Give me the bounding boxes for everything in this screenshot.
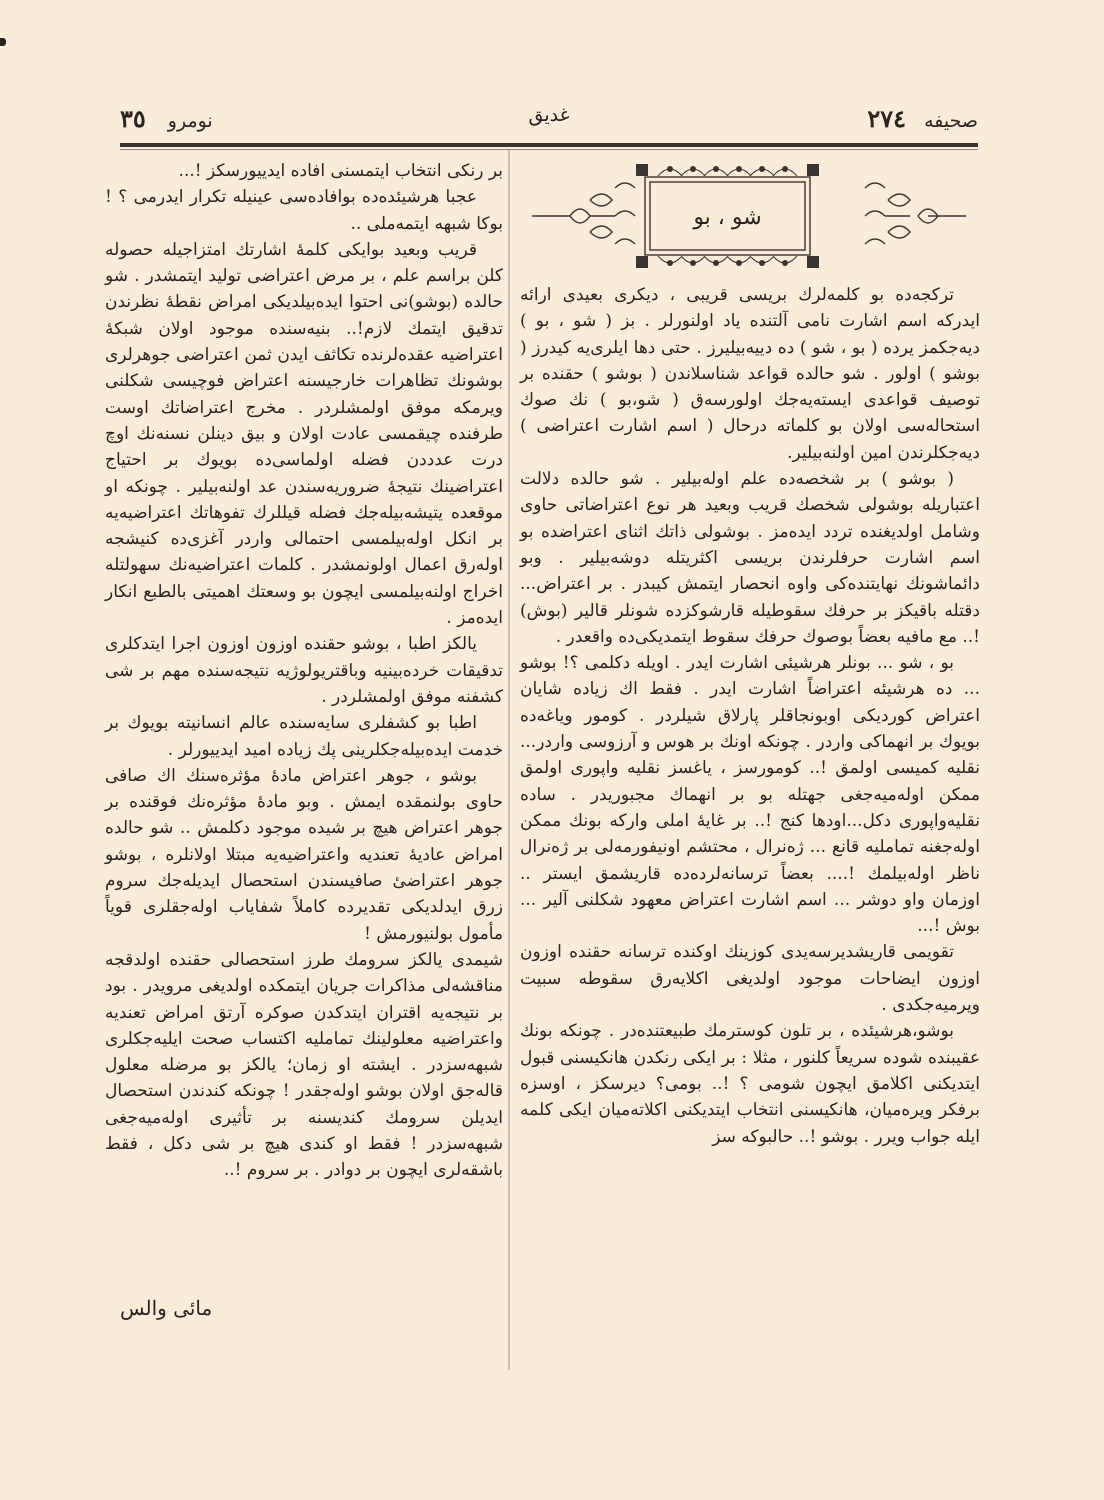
paragraph: بو ، شو ... بونلر هرشیئی اشارت ایدر . او…: [520, 650, 980, 939]
paragraph: اطبا بو کشفلری سایه‌سنده عالم انسانیته ب…: [105, 710, 503, 763]
journal-title: غدیق: [528, 104, 569, 126]
right-column: ترکجه‌ده بو کلمه‌لرك بریسی قریبی ، دیکری…: [520, 282, 980, 1150]
left-column: بر رنکی انتخاب ایتمسنی افاده ایدییورسکز …: [105, 158, 503, 1184]
paragraph: تقویمی قاریشدیرسه‌یدی کوزینك اوکنده ترسا…: [520, 939, 980, 1018]
paragraph: بوشو،هرشیئده ، بر تلون کوسترمك طبیعتنده‌…: [520, 1018, 980, 1149]
paragraph: عجبا هرشیئده‌ده بوافاده‌سی عینیله تکرار …: [105, 184, 503, 237]
paragraph: بوشو ، جوهر اعتراض مادهٔ مؤثره‌سنك اك صا…: [105, 763, 503, 947]
binding-mark: [0, 38, 6, 46]
article-title: شو ، بو: [655, 188, 800, 246]
title-ornament-frame: شو ، بو: [530, 160, 970, 272]
page-header: صحیفه ٢٧٤ غدیق نومرو ٣٥: [120, 104, 978, 134]
column-divider: [508, 150, 510, 1370]
journal-title-block: غدیق: [120, 104, 978, 126]
paragraph: قریب وبعید بوایکی کلمهٔ اشارتك امتزاجیله…: [105, 237, 503, 631]
issue-number-block: نومرو ٣٥: [120, 104, 213, 133]
header-rule-thin: [120, 149, 978, 150]
issue-label: نومرو: [168, 110, 213, 132]
paragraph: یالکز اطبا ، بوشو حقنده اوزون اوزون اجرا…: [105, 631, 503, 710]
author-signature: مائی والس: [120, 1296, 212, 1320]
paragraph: شیمدی یالکز سرومك طرز استحصالی حقنده اول…: [105, 947, 503, 1184]
issue-number: ٣٥: [120, 104, 146, 133]
paragraph: بر رنکی انتخاب ایتمسنی افاده ایدییورسکز …: [105, 158, 503, 184]
paragraph: ترکجه‌ده بو کلمه‌لرك بریسی قریبی ، دیکری…: [520, 282, 980, 466]
paragraph: ( بوشو ) بر شخصه‌ده علم اوله‌بیلیر . شو …: [520, 466, 980, 650]
header-rule: [120, 143, 978, 147]
